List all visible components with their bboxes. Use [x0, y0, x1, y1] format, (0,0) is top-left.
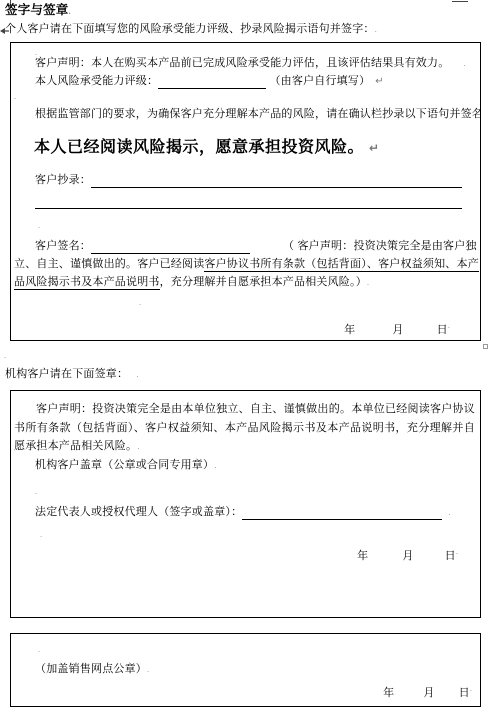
signature-blank-field[interactable]: [91, 241, 250, 254]
instruction-text: 根据监管部门的要求，为确保客户充分理解本产品的风险，请在确认栏抄录以下语句并签名…: [35, 108, 481, 120]
individual-intro-text: 个人客户请在下面填写您的风险承受能力评级、抄录风险揭示语句并签字：: [5, 23, 375, 35]
date-month-label: 月: [402, 547, 413, 563]
rating-blank-field[interactable]: [158, 76, 266, 89]
institution-declaration-text: 客户声明：投资决策完全是由本单位独立、自主、谨慎做出的。本单位已经阅读客户协议书…: [14, 403, 475, 452]
signature-note-line2: 立、自主、谨慎做出的。客户已经阅读客户协议书所有条款（包括背面）、客户权益须知、…: [14, 257, 479, 272]
page-title: 签字与签章.: [5, 3, 71, 19]
transcribe-blank-field[interactable]: [91, 175, 462, 188]
signature-note-line2-underlined: 客户协议书所有条款（包括背面）、客户权益须知、本产: [204, 258, 479, 272]
individual-intro: 个人客户请在下面填写您的风险承受能力评级、抄录风险揭示语句并签字：.: [5, 22, 377, 37]
date-year-label: 年: [383, 684, 394, 700]
transcribe-label: 客户抄录：: [35, 174, 91, 186]
line-break-mark-icon: ↵: [369, 141, 379, 155]
paragraph-mark-icon: .: [147, 665, 149, 674]
outlet-seal-line: （加盖销售网点公章）.: [35, 662, 149, 677]
document-page: 签字与签章. 个人客户请在下面填写您的风险承受能力评级、抄录风险揭示语句并签字：…: [0, 0, 492, 714]
transcribe-blank-line2[interactable]: [35, 208, 462, 209]
institution-declaration: 客户声明：投资决策完全是由本单位独立、自主、谨慎做出的。本单位已经阅读客户协议书…: [14, 400, 475, 457]
institution-seal-label: 机构客户盖章（公章或合同专用章）: [35, 459, 214, 471]
outlet-seal-note: （加盖销售网点公章）: [35, 663, 147, 675]
date-day-label: 日: [459, 684, 470, 700]
paragraph-mark-icon: .: [456, 547, 458, 563]
signature-note-line2-plain: 立、自主、谨慎做出的。客户已经阅读: [14, 258, 204, 270]
representative-line: 法定代表人或授权代理人（签字或盖章）：.: [35, 505, 451, 520]
paragraph-mark-icon: .: [448, 508, 450, 517]
crop-mark-top-right: [452, 1, 468, 2]
date-year-label: 年: [357, 547, 368, 563]
paragraph-mark-icon: .: [35, 488, 37, 496]
institution-intro-text: 机构客户请在下面签章：: [5, 368, 128, 380]
outlet-date-line: 年 月 日 .: [383, 684, 472, 700]
paragraph-mark-icon: .: [14, 93, 16, 101]
signature-note-line3: 品风险揭示书及本产品说明书，充分理解并自愿承担本产品相关风险。）.: [14, 275, 369, 290]
paragraph-mark-icon: .: [214, 461, 216, 470]
date-month-label: 月: [423, 684, 434, 700]
date-month-label: 月: [392, 321, 403, 337]
paragraph-mark-icon: .: [38, 222, 40, 230]
paragraph-mark-icon: .: [448, 321, 450, 337]
institution-signature-section: 客户声明：投资决策完全是由本单位独立、自主、谨慎做出的。本单位已经阅读客户协议书…: [10, 390, 481, 618]
individual-signature-section: . 客户声明：本人在购买本产品前已完成风险承受能力评估，且该评估结果具有效力。.…: [10, 42, 481, 341]
line-break-mark-icon: ↵: [375, 76, 383, 87]
paragraph-mark-icon: .: [69, 7, 71, 16]
individual-date-line: 年 月 日 .: [344, 321, 450, 337]
rating-label: 本人风险承受能力评级：: [35, 75, 158, 87]
institution-date-line: 年 月 日 .: [357, 547, 458, 563]
signature-line: 客户签名：（ 客户声明：投资决策完全是由客户独: [35, 239, 477, 254]
rating-hint: （由客户自行填写）: [269, 75, 370, 87]
institution-seal-line: 机构客户盖章（公章或合同专用章）.: [35, 458, 216, 473]
representative-blank-field[interactable]: [242, 507, 442, 520]
page-title-text: 签字与签章: [5, 3, 69, 17]
institution-intro: 机构客户请在下面签章：.: [5, 367, 138, 382]
signature-note-line3-plain: ，充分理解并自愿承担本产品相关风险。）: [160, 276, 367, 288]
instruction-line: 根据监管部门的要求，为确保客户充分理解本产品的风险，请在确认栏抄录以下语句并签名…: [35, 107, 481, 122]
representative-label: 法定代表人或授权代理人（签字或盖章）：: [35, 506, 242, 518]
individual-declaration-text: 客户声明：本人在购买本产品前已完成风险承受能力评估，且该评估结果具有效力。: [35, 57, 449, 69]
signature-label: 客户签名：: [35, 240, 91, 252]
signature-note-line3-underlined: 品风险揭示书及本产品说明书: [14, 276, 160, 290]
paragraph-mark-icon: .: [4, 352, 6, 360]
paragraph-mark-icon: .: [40, 531, 42, 539]
risk-statement-text: 本人已经阅读风险揭示，愿意承担投资风险。: [34, 139, 364, 156]
square-anchor-icon: [483, 344, 488, 349]
paragraph-mark-icon: .: [137, 442, 139, 451]
paragraph-mark-icon: .: [367, 278, 369, 287]
individual-declaration: 客户声明：本人在购买本产品前已完成风险承受能力评估，且该评估结果具有效力。.: [35, 56, 466, 71]
date-year-label: 年: [344, 321, 355, 337]
date-day-label: 日: [445, 547, 456, 563]
outlet-seal-section: . （加盖销售网点公章）. 年 月 日 .: [10, 633, 481, 707]
date-day-label: 日: [437, 321, 448, 337]
rating-line: 本人风险承受能力评级： （由客户自行填写）↵: [35, 74, 384, 89]
paragraph-mark-icon: .: [463, 59, 465, 68]
paragraph-mark-icon: .: [136, 370, 138, 379]
paragraph-mark-icon: .: [139, 299, 141, 307]
paragraph-mark-icon: .: [38, 646, 40, 654]
signature-note-line1: （ 客户声明：投资决策完全是由客户独: [283, 240, 477, 252]
risk-statement: 本人已经阅读风险揭示，愿意承担投资风险。↵: [34, 138, 379, 158]
paragraph-mark-icon: .: [470, 684, 472, 700]
paragraph-mark-icon: .: [375, 25, 377, 34]
transcribe-line: 客户抄录：: [35, 173, 462, 188]
